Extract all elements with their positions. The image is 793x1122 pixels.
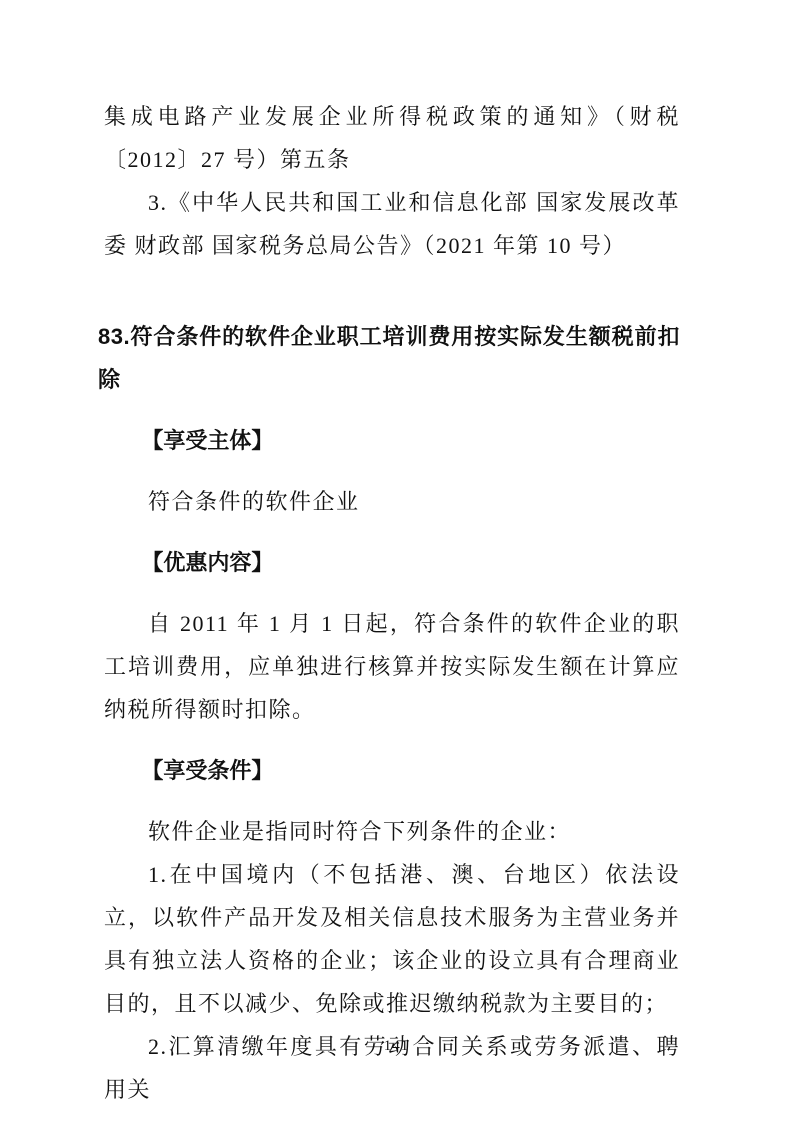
document-page: 集成电路产业发展企业所得税政策的通知》（财税〔2012〕27 号）第五条 3.《… [0, 0, 793, 1122]
continuation-paragraph: 集成电路产业发展企业所得税政策的通知》（财税〔2012〕27 号）第五条 [104, 95, 680, 181]
page-content: 集成电路产业发展企业所得税政策的通知》（财税〔2012〕27 号）第五条 3.《… [0, 0, 793, 1111]
beneficiary-paragraph: 符合条件的软件企业 [104, 480, 680, 523]
page-number: 141 [0, 1038, 793, 1055]
section-header-conditions: 【享受条件】 [104, 749, 680, 792]
article-heading: 83.符合条件的软件企业职工培训费用按实际发生额税前扣除 [98, 315, 680, 401]
conditions-intro-paragraph: 软件企业是指同时符合下列条件的企业： [104, 810, 680, 853]
section-header-benefit-content: 【优惠内容】 [104, 541, 680, 584]
legal-basis-item-3: 3.《中华人民共和国工业和信息化部 国家发展改革委 财政部 国家税务总局公告》（… [104, 181, 680, 267]
condition-item-1: 1.在中国境内（不包括港、澳、台地区）依法设立，以软件产品开发及相关信息技术服务… [104, 853, 680, 1025]
section-header-beneficiary: 【享受主体】 [104, 419, 680, 462]
benefit-content-paragraph: 自 2011 年 1 月 1 日起，符合条件的软件企业的职工培训费用，应单独进行… [104, 602, 680, 731]
